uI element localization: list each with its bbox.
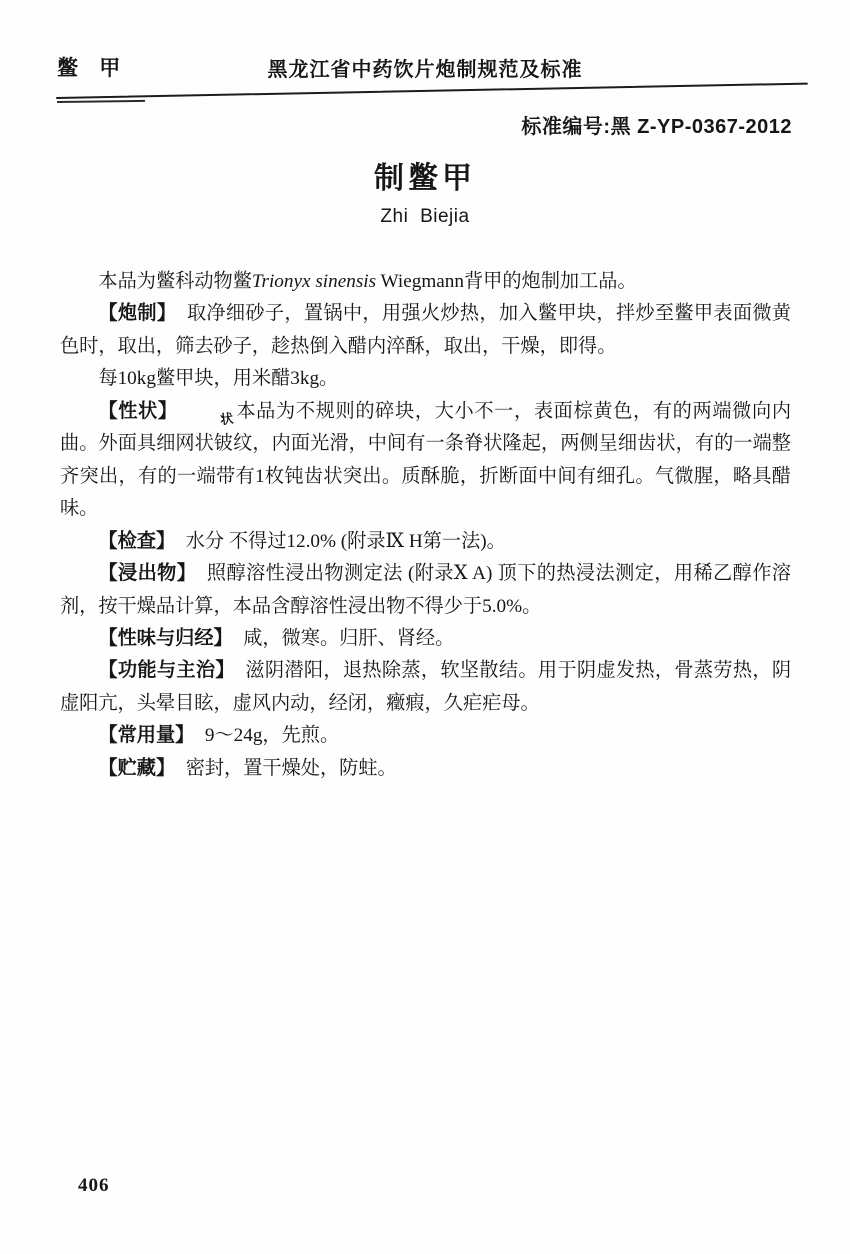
paragraph-gongneng: 【功能与主治】滋阴潜阳，退热除蒸，软坚散结。用于阴虚发热，骨蒸劳热，阴虚阳亢，头… xyxy=(60,655,791,720)
section-label-changyongliang: 【常用量】 xyxy=(98,725,194,746)
document-page: 鳖 甲 黑龙江省中药饮片炮制规范及标准 标准编号:黑 Z-YP-0367-201… xyxy=(0,0,850,1254)
latin-name-author: Wiegmann xyxy=(376,271,464,292)
section-label-zhucang: 【贮藏】 xyxy=(98,758,175,779)
paragraph-xingzhuang: 【性状】状本品为不规则的碎块，大小不一，表面棕黄色，有的两端微向内曲。外面具细网… xyxy=(60,396,791,526)
section-label-paozhi: 【炮制】 xyxy=(98,303,176,324)
paragraph-changyongliang: 【常用量】9～24g，先煎。 xyxy=(60,720,791,752)
source-post: 背甲的炮制加工品。 xyxy=(464,271,637,292)
header-rule-left-dash xyxy=(57,100,145,103)
section-text-jiancha: 水分 不得过12.0% (附录Ⅸ H第一法)。 xyxy=(186,531,506,552)
standard-number: 标准编号:黑 Z-YP-0367-2012 xyxy=(521,110,792,139)
running-head-center: 黑龙江省中药饮片炮制规范及标准 xyxy=(0,53,850,82)
section-text-xingwei: 咸，微寒。归肝、肾经。 xyxy=(243,628,454,649)
section-label-xingwei: 【性味与归经】 xyxy=(98,628,232,649)
source-pre: 本品为鳖科动物鳖 xyxy=(98,271,252,292)
section-text-zhucang: 密封，置干燥处，防蛀。 xyxy=(186,758,397,779)
page-title-pinyin: Zhi Biejia xyxy=(0,206,850,228)
section-label-xingzhuang: 【性状】 xyxy=(98,401,177,422)
section-text-ratio: 每10kg鳖甲块，用米醋3kg。 xyxy=(98,368,338,389)
paragraph-jiancha: 【检查】水分 不得过12.0% (附录Ⅸ H第一法)。 xyxy=(60,526,791,558)
paragraph-zhucang: 【贮藏】密封，置干燥处，防蛀。 xyxy=(60,753,791,785)
paragraph-ratio: 每10kg鳖甲块，用米醋3kg。 xyxy=(60,363,791,395)
paragraph-jinchuwu: 【浸出物】照醇溶性浸出物测定法 (附录Ⅹ A) 顶下的热浸法测定，用稀乙醇作溶剂… xyxy=(60,558,791,623)
paragraph-paozhi: 【炮制】取净细砂子，置锅中，用强火炒热，加入鳖甲块，拌炒至鳖甲表面微黄色时，取出… xyxy=(60,298,791,363)
latin-name-italic: Trionyx sinensis xyxy=(252,271,376,292)
page-number: 406 xyxy=(78,1175,110,1197)
paragraph-source: 本品为鳖科动物鳖Trionyx sinensis Wiegmann背甲的炮制加工… xyxy=(60,266,791,298)
section-text-changyongliang: 9～24g，先煎。 xyxy=(205,725,339,746)
page-title: 制鳖甲 xyxy=(0,153,850,197)
section-label-jinchuwu: 【浸出物】 xyxy=(98,563,196,584)
stray-print-mark: 状 xyxy=(183,418,234,425)
section-label-jiancha: 【检查】 xyxy=(98,531,175,552)
section-label-gongneng: 【功能与主治】 xyxy=(98,660,234,681)
body-text: 本品为鳖科动物鳖Trionyx sinensis Wiegmann背甲的炮制加工… xyxy=(60,266,791,785)
paragraph-xingwei: 【性味与归经】咸，微寒。归肝、肾经。 xyxy=(60,623,791,655)
header-rule xyxy=(56,83,808,99)
